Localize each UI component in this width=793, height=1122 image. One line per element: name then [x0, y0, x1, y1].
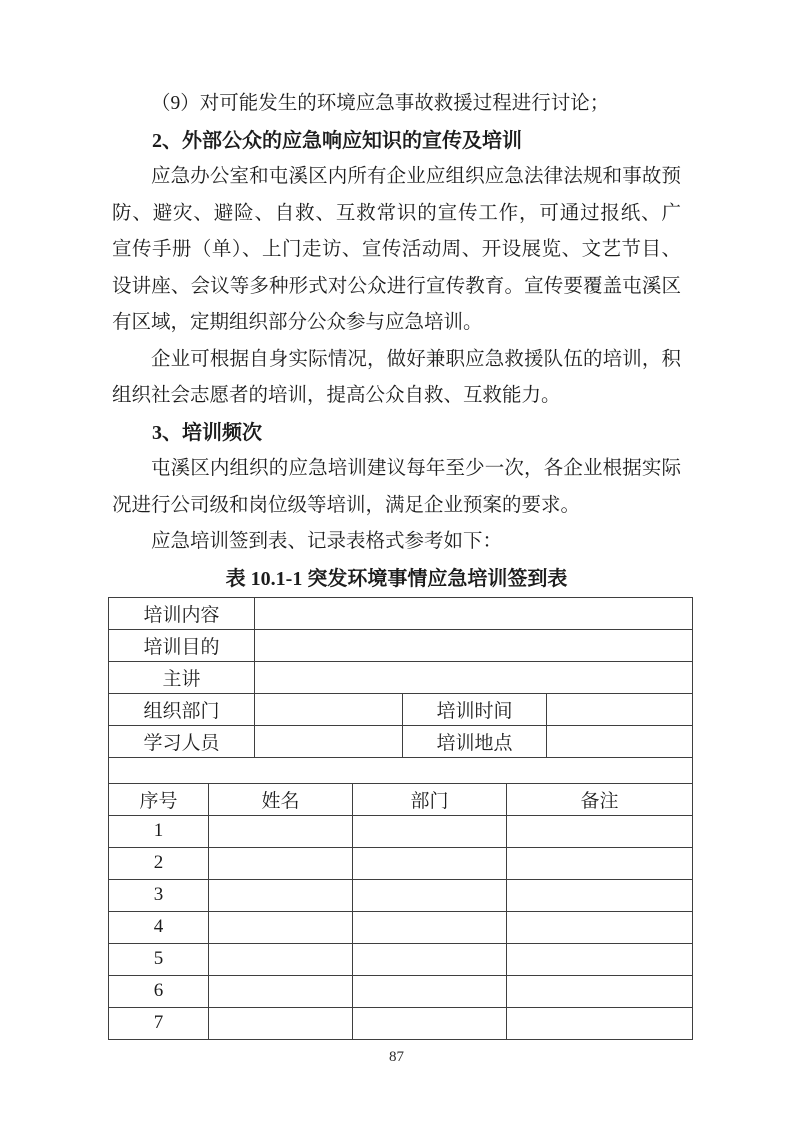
pair-label-cell: 培训地点 [403, 726, 547, 758]
table-row [109, 758, 693, 784]
table-row: 7 [109, 1007, 693, 1039]
roster-name-cell [209, 815, 353, 847]
info-value-cell [255, 630, 693, 662]
roster-note-cell [507, 1007, 693, 1039]
training-info-table: 培训内容 培训目的 主讲 组织部门 培训时间 [108, 597, 693, 784]
roster-no-cell: 2 [109, 847, 209, 879]
paragraph-line: 有区域，定期组织部分公众参与应急培训。 [112, 305, 681, 342]
roster-no-cell: 3 [109, 879, 209, 911]
table-row: 1 [109, 815, 693, 847]
roster-name-cell [209, 911, 353, 943]
roster-no-cell: 7 [109, 1007, 209, 1039]
roster-header-cell: 序号 [109, 783, 209, 815]
spacer-cell [109, 758, 693, 784]
paragraph-line: 组织社会志愿者的培训，提高公众自救、互救能力。 [112, 378, 681, 415]
roster-note-cell [507, 911, 693, 943]
roster-note-cell [507, 943, 693, 975]
pair-value-cell [255, 694, 403, 726]
table-row: 培训目的 [109, 630, 693, 662]
roster-name-cell [209, 943, 353, 975]
roster-dept-cell [353, 975, 507, 1007]
heading-section3: 3、培训频次 [112, 415, 681, 452]
pair-value-cell [255, 726, 403, 758]
roster-dept-cell [353, 943, 507, 975]
roster-note-cell [507, 847, 693, 879]
roster-name-cell [209, 975, 353, 1007]
roster-dept-cell [353, 911, 507, 943]
roster-dept-cell [353, 879, 507, 911]
paragraph-line: 宣传手册（单）、上门走访、宣传活动周、开设展览、文艺节目、开 [112, 232, 681, 269]
page-number: 87 [112, 1049, 681, 1066]
paragraph-line: 防、避灾、避险、自救、互救常识的宣传工作，可通过报纸、广播、 [112, 196, 681, 233]
roster-header-row: 序号 姓名 部门 备注 [109, 783, 693, 815]
roster-note-cell [507, 975, 693, 1007]
heading-section2: 2、外部公众的应急响应知识的宣传及培训 [112, 123, 681, 160]
pair-label-cell: 组织部门 [109, 694, 255, 726]
pair-label-cell: 学习人员 [109, 726, 255, 758]
table-row: 4 [109, 911, 693, 943]
signin-table-wrapper: 培训内容 培训目的 主讲 组织部门 培训时间 [108, 597, 692, 1040]
roster-header-cell: 部门 [353, 783, 507, 815]
roster-note-cell [507, 815, 693, 847]
roster-name-cell [209, 879, 353, 911]
roster-name-cell [209, 1007, 353, 1039]
table-row: 2 [109, 847, 693, 879]
roster-no-cell: 5 [109, 943, 209, 975]
pair-value-cell [547, 726, 693, 758]
table-row: 组织部门 培训时间 [109, 694, 693, 726]
roster-table: 序号 姓名 部门 备注 1 2 3 [108, 783, 693, 1040]
table-row: 3 [109, 879, 693, 911]
table-row: 学习人员 培训地点 [109, 726, 693, 758]
paragraph-line: 企业可根据自身实际情况，做好兼职应急救援队伍的培训，积极 [112, 342, 681, 379]
info-label-cell: 主讲 [109, 662, 255, 694]
roster-header-cell: 姓名 [209, 783, 353, 815]
pair-value-cell [547, 694, 693, 726]
paragraph-line: 应急办公室和屯溪区内所有企业应组织应急法律法规和事故预 [112, 159, 681, 196]
paragraph-reference: 应急培训签到表、记录表格式参考如下： [112, 524, 681, 561]
roster-note-cell [507, 879, 693, 911]
info-value-cell [255, 598, 693, 630]
info-value-cell [255, 662, 693, 694]
paragraph-enterprise: 企业可根据自身实际情况，做好兼职应急救援队伍的培训，积极 组织社会志愿者的培训，… [112, 342, 681, 415]
roster-dept-cell [353, 847, 507, 879]
paragraph-line: 设讲座、会议等多种形式对公众进行宣传教育。宣传要覆盖屯溪区所 [112, 269, 681, 306]
roster-dept-cell [353, 1007, 507, 1039]
table-row: 6 [109, 975, 693, 1007]
info-label-cell: 培训目的 [109, 630, 255, 662]
roster-no-cell: 6 [109, 975, 209, 1007]
roster-no-cell: 1 [109, 815, 209, 847]
pair-label-cell: 培训时间 [403, 694, 547, 726]
paragraph-line: 屯溪区内组织的应急培训建议每年至少一次，各企业根据实际情 [112, 451, 681, 488]
table-row: 培训内容 [109, 598, 693, 630]
table-row: 5 [109, 943, 693, 975]
table-caption: 表 10.1-1 突发环境事情应急培训签到表 [112, 561, 681, 598]
paragraph-item9: （9）对可能发生的环境应急事故救援过程进行讨论； [112, 86, 681, 123]
paragraph-frequency: 屯溪区内组织的应急培训建议每年至少一次，各企业根据实际情 况进行公司级和岗位级等… [112, 451, 681, 524]
paragraph-line: 况进行公司级和岗位级等培训，满足企业预案的要求。 [112, 488, 681, 525]
roster-name-cell [209, 847, 353, 879]
document-page: （9）对可能发生的环境应急事故救援过程进行讨论； 2、外部公众的应急响应知识的宣… [0, 0, 793, 1066]
roster-no-cell: 4 [109, 911, 209, 943]
info-label-cell: 培训内容 [109, 598, 255, 630]
roster-header-cell: 备注 [507, 783, 693, 815]
roster-dept-cell [353, 815, 507, 847]
paragraph-publicity: 应急办公室和屯溪区内所有企业应组织应急法律法规和事故预 防、避灾、避险、自救、互… [112, 159, 681, 342]
table-row: 主讲 [109, 662, 693, 694]
